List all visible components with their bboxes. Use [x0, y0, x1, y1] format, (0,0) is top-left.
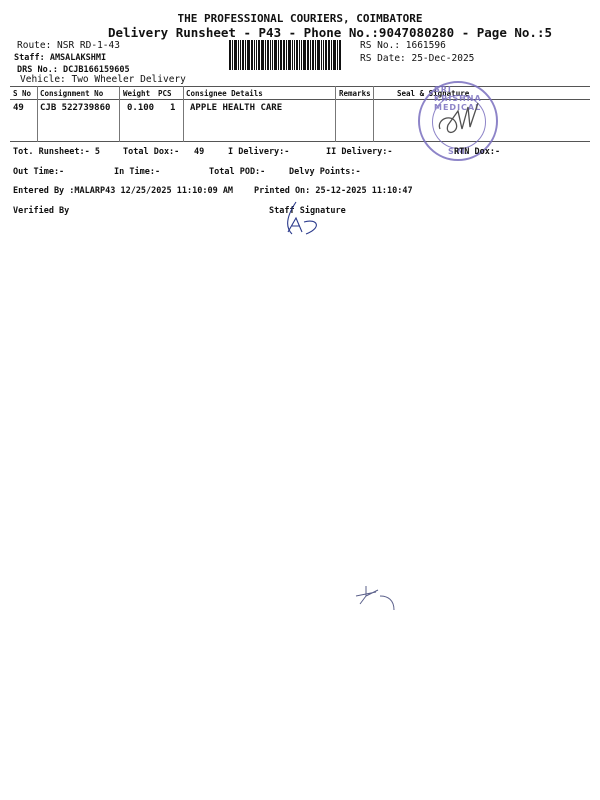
tot-runsheet: Tot. Runsheet:- 5: [13, 147, 100, 157]
barcode: [229, 40, 357, 70]
verified-by: Verified By: [13, 206, 69, 216]
rtn-dox: RTN Dox:-: [454, 147, 500, 157]
i-delivery: I Delivery:-: [228, 147, 289, 157]
col-divider: [183, 86, 184, 142]
total-dox-label: Total Dox:-: [123, 147, 179, 157]
cell-consignee: APPLE HEALTH CARE: [190, 103, 282, 113]
header-s-no: S No: [13, 89, 31, 98]
total-dox-value: 49: [194, 147, 204, 157]
col-divider: [37, 86, 38, 142]
runsheet-subtitle: Delivery Runsheet - P43 - Phone No.:9047…: [108, 25, 552, 40]
entered-by: Entered By :MALARP43 12/25/2025 11:10:09…: [13, 186, 233, 196]
route: Route: NSR RD-1-43: [17, 40, 120, 51]
table-top-border: [10, 86, 590, 87]
header-weight: Weight: [123, 89, 150, 98]
header-divider: [10, 99, 590, 100]
table-bottom-border: [10, 141, 590, 142]
header-consignee-details: Consignee Details: [186, 89, 263, 98]
cell-weight: 0.100: [127, 103, 154, 113]
cell-pcs: 1: [170, 103, 175, 113]
ii-delivery: II Delivery:-: [326, 147, 393, 157]
printed-on: Printed On: 25-12-2025 11:10:47: [254, 186, 413, 196]
rs-number: RS No.: 1661596: [360, 40, 446, 51]
col-divider: [335, 86, 336, 142]
company-title: THE PROFESSIONAL COURIERS, COIMBATORE: [0, 12, 600, 25]
staff-signature-scribble-icon: [282, 200, 332, 240]
cell-consignment-no: CJB 522739860: [40, 103, 110, 113]
out-time: Out Time:-: [13, 167, 64, 177]
cell-s-no: 49: [13, 103, 24, 113]
total-pod: Total POD:-: [209, 167, 265, 177]
col-divider: [373, 86, 374, 142]
rs-date: RS Date: 25-Dec-2025: [360, 53, 474, 64]
header-remarks: Remarks: [339, 89, 371, 98]
in-time: In Time:-: [114, 167, 160, 177]
signature-scribble-icon: [434, 99, 484, 145]
pen-mark-icon: [352, 582, 402, 622]
header-consignment-no: Consignment No: [40, 89, 103, 98]
staff: Staff: AMSALAKSHMI: [14, 53, 106, 63]
vehicle: Vehicle: Two Wheeler Delivery: [20, 74, 186, 85]
delvy-points: Delvy Points:-: [289, 167, 361, 177]
header-pcs: PCS: [158, 89, 172, 98]
col-divider: [119, 86, 120, 142]
